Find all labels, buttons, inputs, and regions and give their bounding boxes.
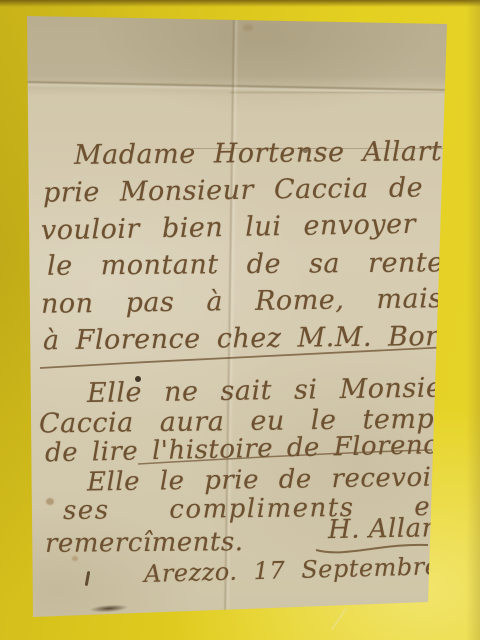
letter-line-5: non pas à Rome, mais [41, 283, 443, 320]
fold-crease-horizontal [26, 81, 450, 91]
paper-stain [46, 498, 54, 505]
photograph: Madame Hortense Allart prie Monsieur Cac… [0, 0, 480, 640]
background-top-edge-shadow [0, 0, 480, 7]
underline-signature-flourish [316, 545, 428, 553]
letter-line-3: vouloir bien lui envoyer [41, 209, 417, 247]
letter-line-2: prie Monsieur Caccia de [43, 172, 424, 208]
letter-line-1: Madame Hortense Allart [74, 136, 443, 171]
letter-line-4: le montant de sa rente, [47, 247, 453, 282]
letter-paper: Madame Hortense Allart prie Monsieur Cac… [0, 0, 480, 640]
background-right-shading [466, 0, 480, 640]
fold-crease-horizontal-faint [230, 92, 448, 93]
background-scratch [331, 608, 348, 630]
ink-smudge [90, 604, 128, 614]
stray-pen-mark [85, 571, 91, 586]
paper-stain [243, 24, 253, 31]
letter-line-12: remercîments. [45, 527, 244, 559]
signature: H. Allart. [328, 513, 455, 545]
letter-line-6: à Florence chez M.M. Borri. [43, 321, 471, 356]
